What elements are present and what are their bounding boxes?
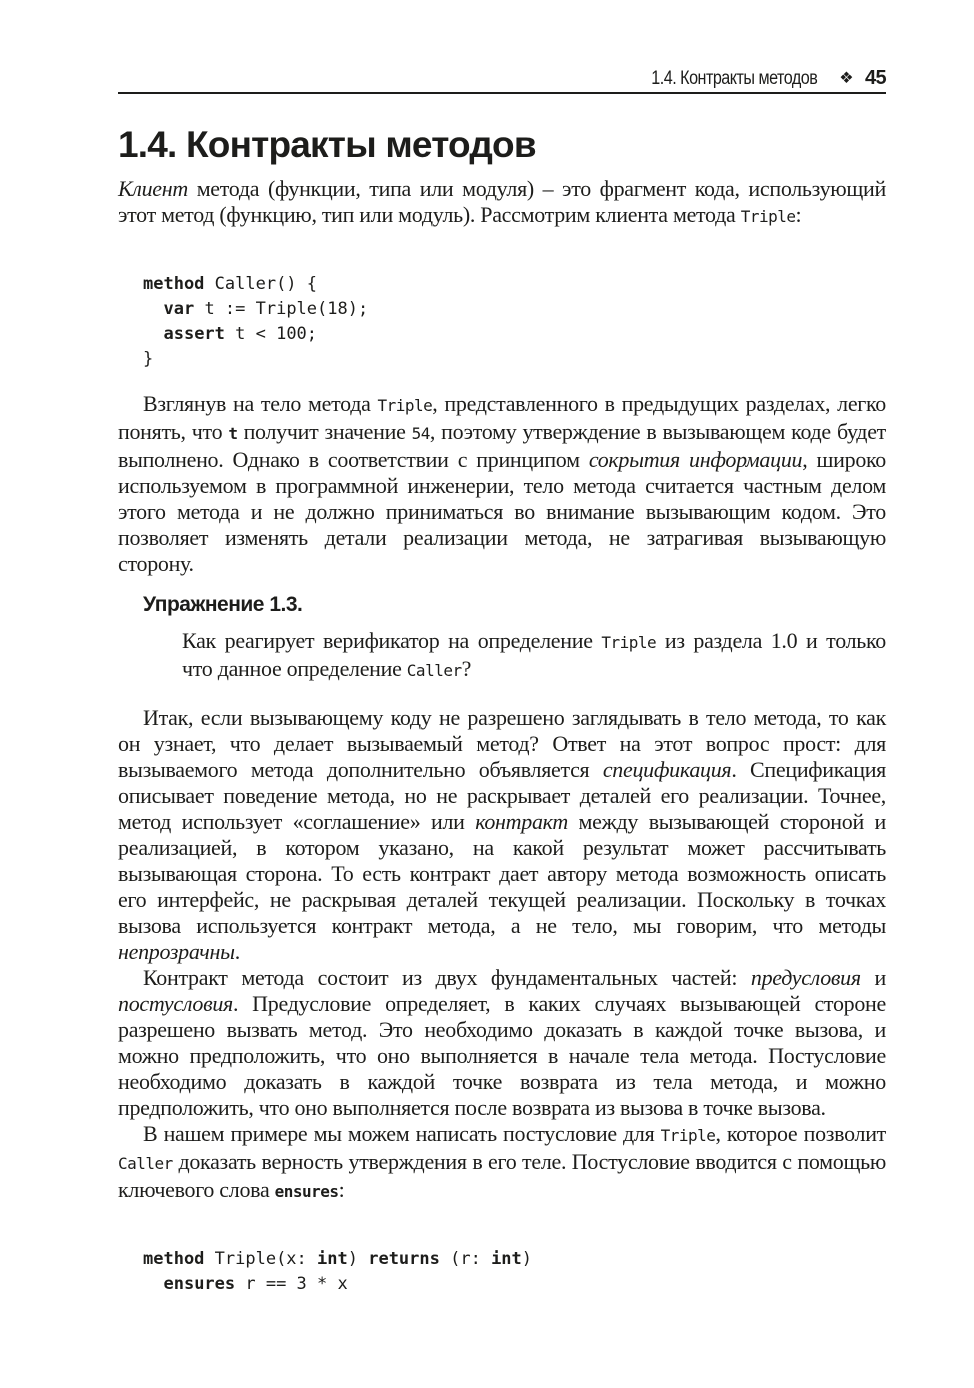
code-keyword: method xyxy=(143,1249,204,1269)
emphasis: постусловия xyxy=(118,991,233,1016)
text: , которое позволит xyxy=(715,1121,886,1146)
code-text: Triple(x: xyxy=(204,1249,317,1269)
text: . Предусловие определяет, в каких случая… xyxy=(118,991,886,1120)
text: Взглянув на тело метода xyxy=(143,391,378,416)
code-keyword: ensures xyxy=(163,1274,235,1294)
code-text: } xyxy=(143,349,153,369)
inline-code: Caller xyxy=(407,661,462,680)
text: доказать верность утверждения в его теле… xyxy=(118,1149,886,1202)
code-text: r == 3 * x xyxy=(235,1274,348,1294)
ornament-icon: ❖ xyxy=(839,68,853,88)
inline-code: 54 xyxy=(412,424,430,443)
paragraph-specification: Итак, если вызывающему коду не разрешено… xyxy=(118,705,886,1205)
code-indent xyxy=(143,299,163,319)
code-keyword: returns xyxy=(368,1249,440,1269)
text: : xyxy=(339,1177,345,1202)
code-indent xyxy=(143,324,163,344)
text: Контракт метода состоит из двух фундамен… xyxy=(143,965,751,990)
text: : xyxy=(795,202,801,227)
code-text: (r: xyxy=(440,1249,491,1269)
code-indent xyxy=(143,1274,163,1294)
inline-code: Triple xyxy=(661,1126,716,1145)
code-block-triple: method Triple(x: int) returns (r: int) e… xyxy=(143,1247,532,1297)
text: получит значение xyxy=(238,419,412,444)
code-text: Caller() { xyxy=(204,274,317,294)
code-text: t := Triple(18); xyxy=(194,299,368,319)
code-block-caller: method Caller() { var t := Triple(18); a… xyxy=(143,272,368,372)
code-keyword: var xyxy=(163,299,194,319)
code-text: t < 100; xyxy=(225,324,317,344)
running-head-title: 1.4. Контракты методов xyxy=(651,68,817,90)
code-keyword: assert xyxy=(163,324,224,344)
text: ? xyxy=(462,656,471,681)
code-text: ) xyxy=(348,1249,368,1269)
page-number: 45 xyxy=(865,67,886,90)
inline-code: Caller xyxy=(118,1154,173,1173)
emphasis: непрозрачны xyxy=(118,939,235,964)
code-text: ) xyxy=(522,1249,532,1269)
inline-code: t xyxy=(228,424,237,443)
emphasis: спецификация xyxy=(603,757,732,782)
exercise-body: Как реагирует верификатор на определение… xyxy=(182,628,886,684)
code-keyword: int xyxy=(317,1249,348,1269)
section-heading: 1.4. Контракты методов xyxy=(118,124,536,166)
code-keyword: int xyxy=(491,1249,522,1269)
text: Как реагирует верификатор на определение xyxy=(182,628,601,653)
emphasis: контракт xyxy=(475,809,568,834)
paragraph-client-definition: Клиент метода (функции, типа или модуля)… xyxy=(118,176,886,230)
code-keyword: method xyxy=(143,274,204,294)
term-client: Клиент xyxy=(118,176,188,201)
running-head: 1.4. Контракты методов ❖ 45 xyxy=(118,66,886,94)
inline-code: ensures xyxy=(275,1182,339,1201)
inline-code: Triple xyxy=(741,207,796,226)
inline-code: Triple xyxy=(601,633,656,652)
text: В нашем примере мы можем написать постус… xyxy=(143,1121,661,1146)
inline-code: Triple xyxy=(378,396,433,415)
paragraph-information-hiding: Взглянув на тело метода Triple, представ… xyxy=(118,391,886,577)
text: и xyxy=(861,965,886,990)
text: . xyxy=(235,939,240,964)
exercise-title: Упражнение 1.3. xyxy=(143,593,302,617)
emphasis: сокрытия информации xyxy=(589,447,802,472)
emphasis: предусловия xyxy=(751,965,861,990)
